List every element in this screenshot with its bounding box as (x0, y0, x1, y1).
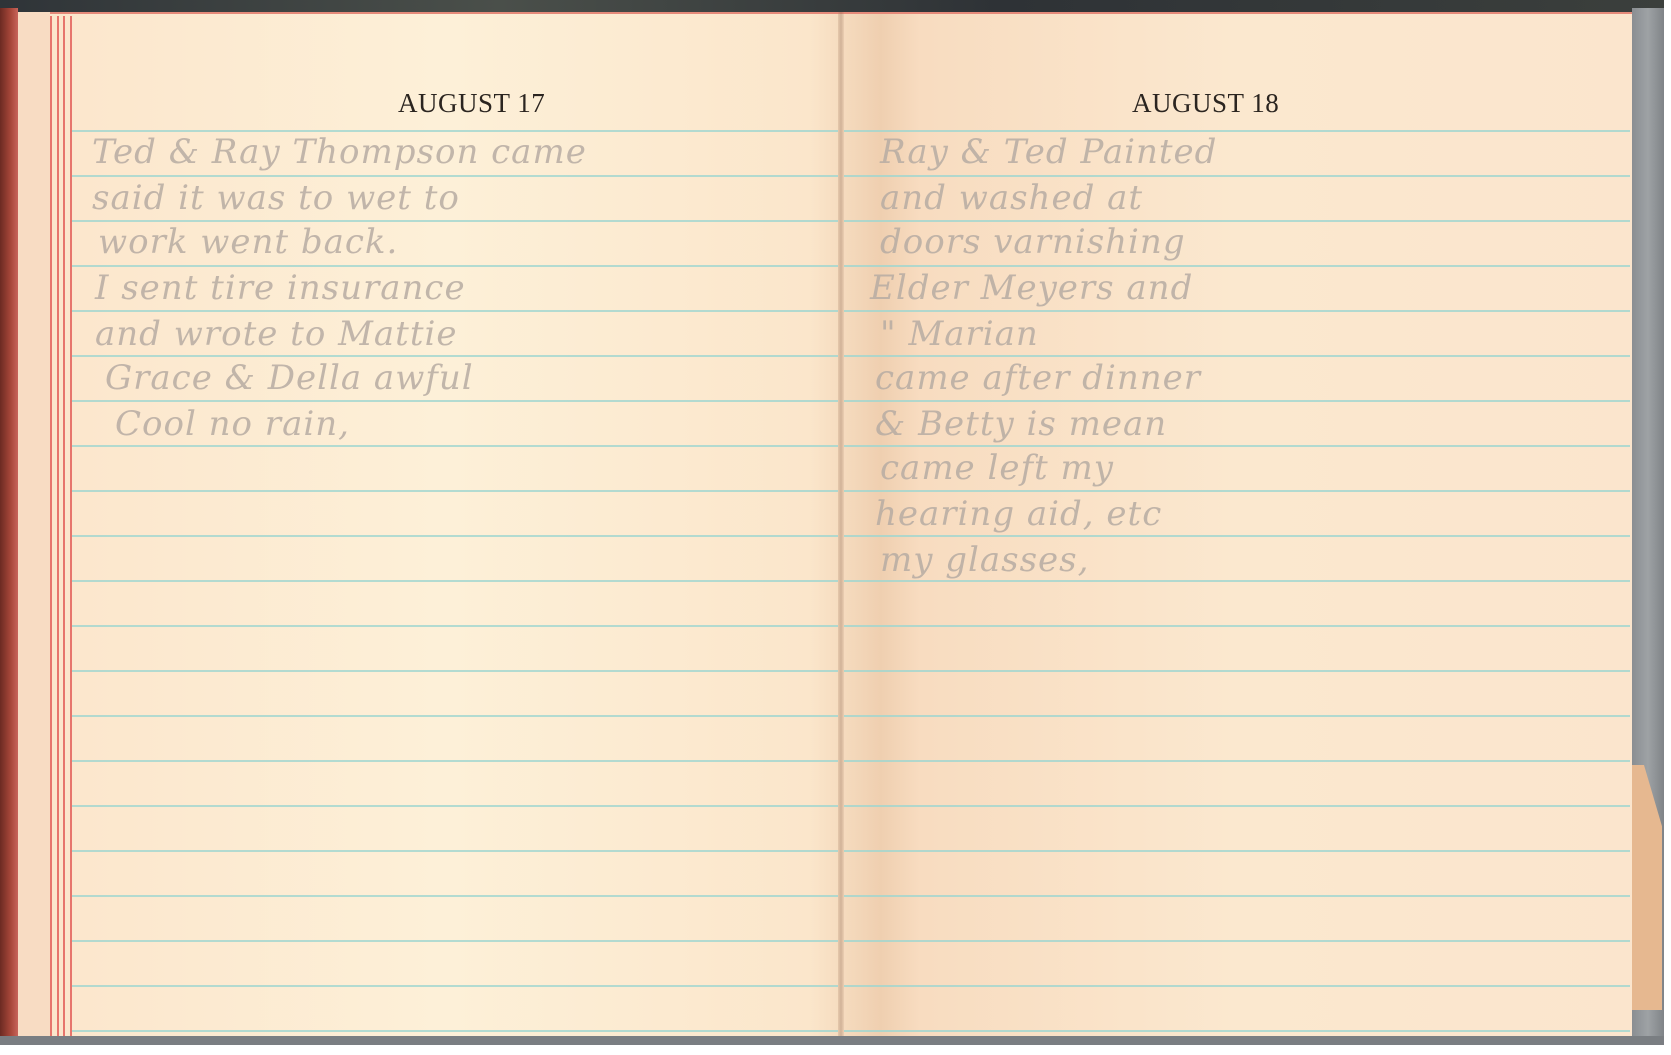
ruled-line (72, 265, 838, 267)
handwritten-line: Grace & Della awful (105, 358, 474, 398)
ruled-line (72, 175, 838, 177)
ruled-line (72, 805, 838, 807)
handwritten-line: " Marian (880, 314, 1039, 354)
page-edges (18, 12, 52, 1037)
ruled-line (72, 400, 838, 402)
ruled-line (72, 850, 838, 852)
ruled-line (72, 940, 838, 942)
ruled-line (844, 580, 1630, 582)
handwritten-line: Ray & Ted Painted (880, 132, 1217, 172)
ruled-line (844, 895, 1630, 897)
ruled-line (844, 535, 1630, 537)
margin-line (70, 16, 72, 1036)
left-page-date: AUGUST 17 (398, 88, 545, 119)
ruled-line (72, 445, 838, 447)
handwritten-line: my glasses, (880, 540, 1089, 580)
ruled-line (844, 1030, 1630, 1032)
ruled-line (844, 850, 1630, 852)
scan-background-bottom (0, 1036, 1664, 1045)
ruled-line (844, 760, 1630, 762)
margin-line (63, 16, 65, 1036)
ruled-line (844, 355, 1630, 357)
book-cover-left (0, 8, 18, 1043)
book-spine (838, 12, 844, 1038)
ruled-line (72, 670, 838, 672)
ruled-line (72, 580, 838, 582)
handwritten-line: said it was to wet to (92, 178, 460, 218)
ruled-line (844, 715, 1630, 717)
ruled-line (844, 625, 1630, 627)
handwritten-line: Elder Meyers and (870, 268, 1193, 308)
ruled-line (72, 490, 838, 492)
handwritten-line: came left my (880, 448, 1114, 488)
ruled-line (844, 490, 1630, 492)
margin-line (50, 16, 52, 1036)
ruled-line (844, 805, 1630, 807)
ruled-line (844, 985, 1630, 987)
ruled-line (72, 310, 838, 312)
ruled-line (72, 355, 838, 357)
ruled-line (844, 940, 1630, 942)
handwritten-line: I sent tire insurance (95, 268, 466, 308)
ruled-line (72, 535, 838, 537)
handwritten-line: Cool no rain, (115, 404, 350, 444)
ruled-line (844, 400, 1630, 402)
ruled-line (72, 760, 838, 762)
ruled-line (844, 445, 1630, 447)
margin-line (57, 16, 59, 1036)
handwritten-line: work went back. (98, 222, 398, 262)
ruled-line (72, 715, 838, 717)
handwritten-line: came after dinner (875, 358, 1201, 398)
ruled-line (844, 175, 1630, 177)
ruled-line (844, 670, 1630, 672)
ruled-line (72, 895, 838, 897)
handwritten-line: & Betty is mean (875, 404, 1167, 444)
ruled-line (72, 985, 838, 987)
handwritten-line: doors varnishing (880, 222, 1186, 262)
ruled-line (72, 1030, 838, 1032)
right-page-date: AUGUST 18 (1132, 88, 1279, 119)
ruled-line (72, 625, 838, 627)
handwritten-line: Ted & Ray Thompson came (92, 132, 587, 172)
handwritten-line: hearing aid, etc (875, 494, 1162, 534)
handwritten-line: and wrote to Mattie (95, 314, 458, 354)
ruled-line (844, 265, 1630, 267)
ruled-line (844, 310, 1630, 312)
handwritten-line: and washed at (880, 178, 1143, 218)
book-top-edge (0, 0, 1664, 12)
